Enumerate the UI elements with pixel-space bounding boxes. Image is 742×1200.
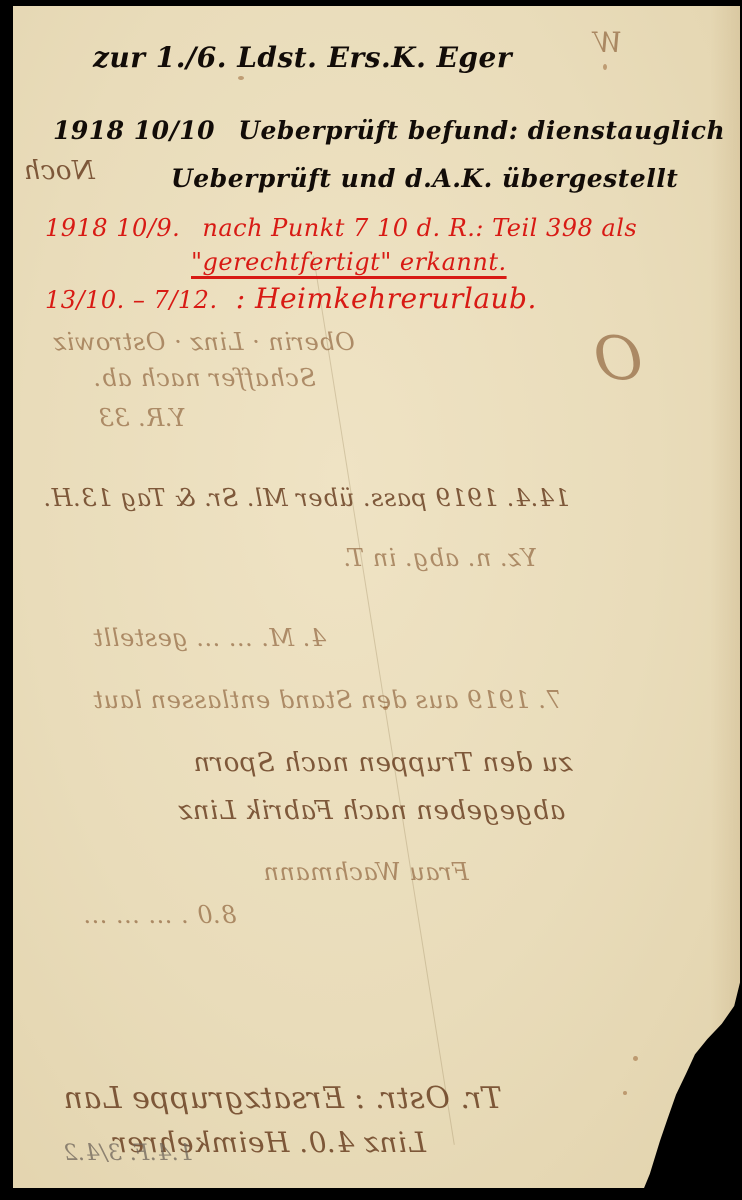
red-entry-text: nach Punkt 7 10 d. R.: Teil 398 als <box>202 214 637 242</box>
entry-text: Ueberprüft befund: dienstauglich <box>238 116 725 145</box>
ink-speck <box>383 706 388 710</box>
bleed-line: Oberin · Linz · Ostrowiz <box>53 328 355 356</box>
bleed-line: Yz. n. abg. in T. <box>343 544 537 572</box>
bleed-margin-note: Noch <box>23 156 95 186</box>
bleed-line: Schaffer nach ab. <box>93 364 316 392</box>
pencil-note: 1.4.F. 3/4.2 <box>63 1141 193 1166</box>
entry-date: 1918 10/10 <box>53 116 215 145</box>
leave-dates: 13/10. – 7/12. <box>45 286 218 314</box>
leave-text: : Heimkehrerurlaub. <box>236 282 537 315</box>
bleed-line: 4. M. ... ... gestellt <box>93 624 326 652</box>
bleed-large-letter: O <box>593 324 643 394</box>
ink-speck <box>238 76 244 80</box>
bleed-line: Tr. Ostr. : Ersatzgruppe Lan <box>63 1081 502 1116</box>
red-entry-1918-10-9: 1918 10/9. nach Punkt 7 10 d. R.: Teil 3… <box>45 214 637 242</box>
bleed-line: 8.0 . ... ... ... <box>83 901 236 929</box>
entry-continuation: Ueberprüft und d.A.K. übergestellt <box>171 164 678 193</box>
red-entry-date: 1918 10/9. <box>45 214 180 242</box>
red-entry-leave: 13/10. – 7/12. : Heimkehrerurlaub. <box>45 282 537 315</box>
red-entry-justified: "gerechtfertigt" erkannt. <box>191 248 507 276</box>
bleed-mark-top-right: W <box>593 26 622 59</box>
ink-speck <box>623 1091 627 1095</box>
bleed-line: abgegeben nach Fabrik Linz <box>178 796 565 826</box>
bleed-line: 7. 1919 aus den Stand entlassen laut <box>93 686 562 714</box>
bleed-line: Frau Wachmann <box>263 858 469 886</box>
bleed-line: zu den Truppen nach Sporn <box>193 748 573 778</box>
document-card: W Noch zur 1./6. Ldst. Ers.K. Eger 1918 … <box>13 6 740 1188</box>
bleed-line: 14.4. 1919 pass. über Ml. Sr. & Tag 13.H… <box>43 484 570 512</box>
unit-heading: zur 1./6. Ldst. Ers.K. Eger <box>93 41 512 74</box>
ink-speck <box>633 1056 638 1061</box>
paper-edge-shadow <box>710 6 740 1188</box>
entry-1918-10-10: 1918 10/10 Ueberprüft befund: dienstaugl… <box>53 116 725 145</box>
ink-speck <box>603 64 607 70</box>
bleed-line: Y.R. 33 <box>98 404 186 432</box>
